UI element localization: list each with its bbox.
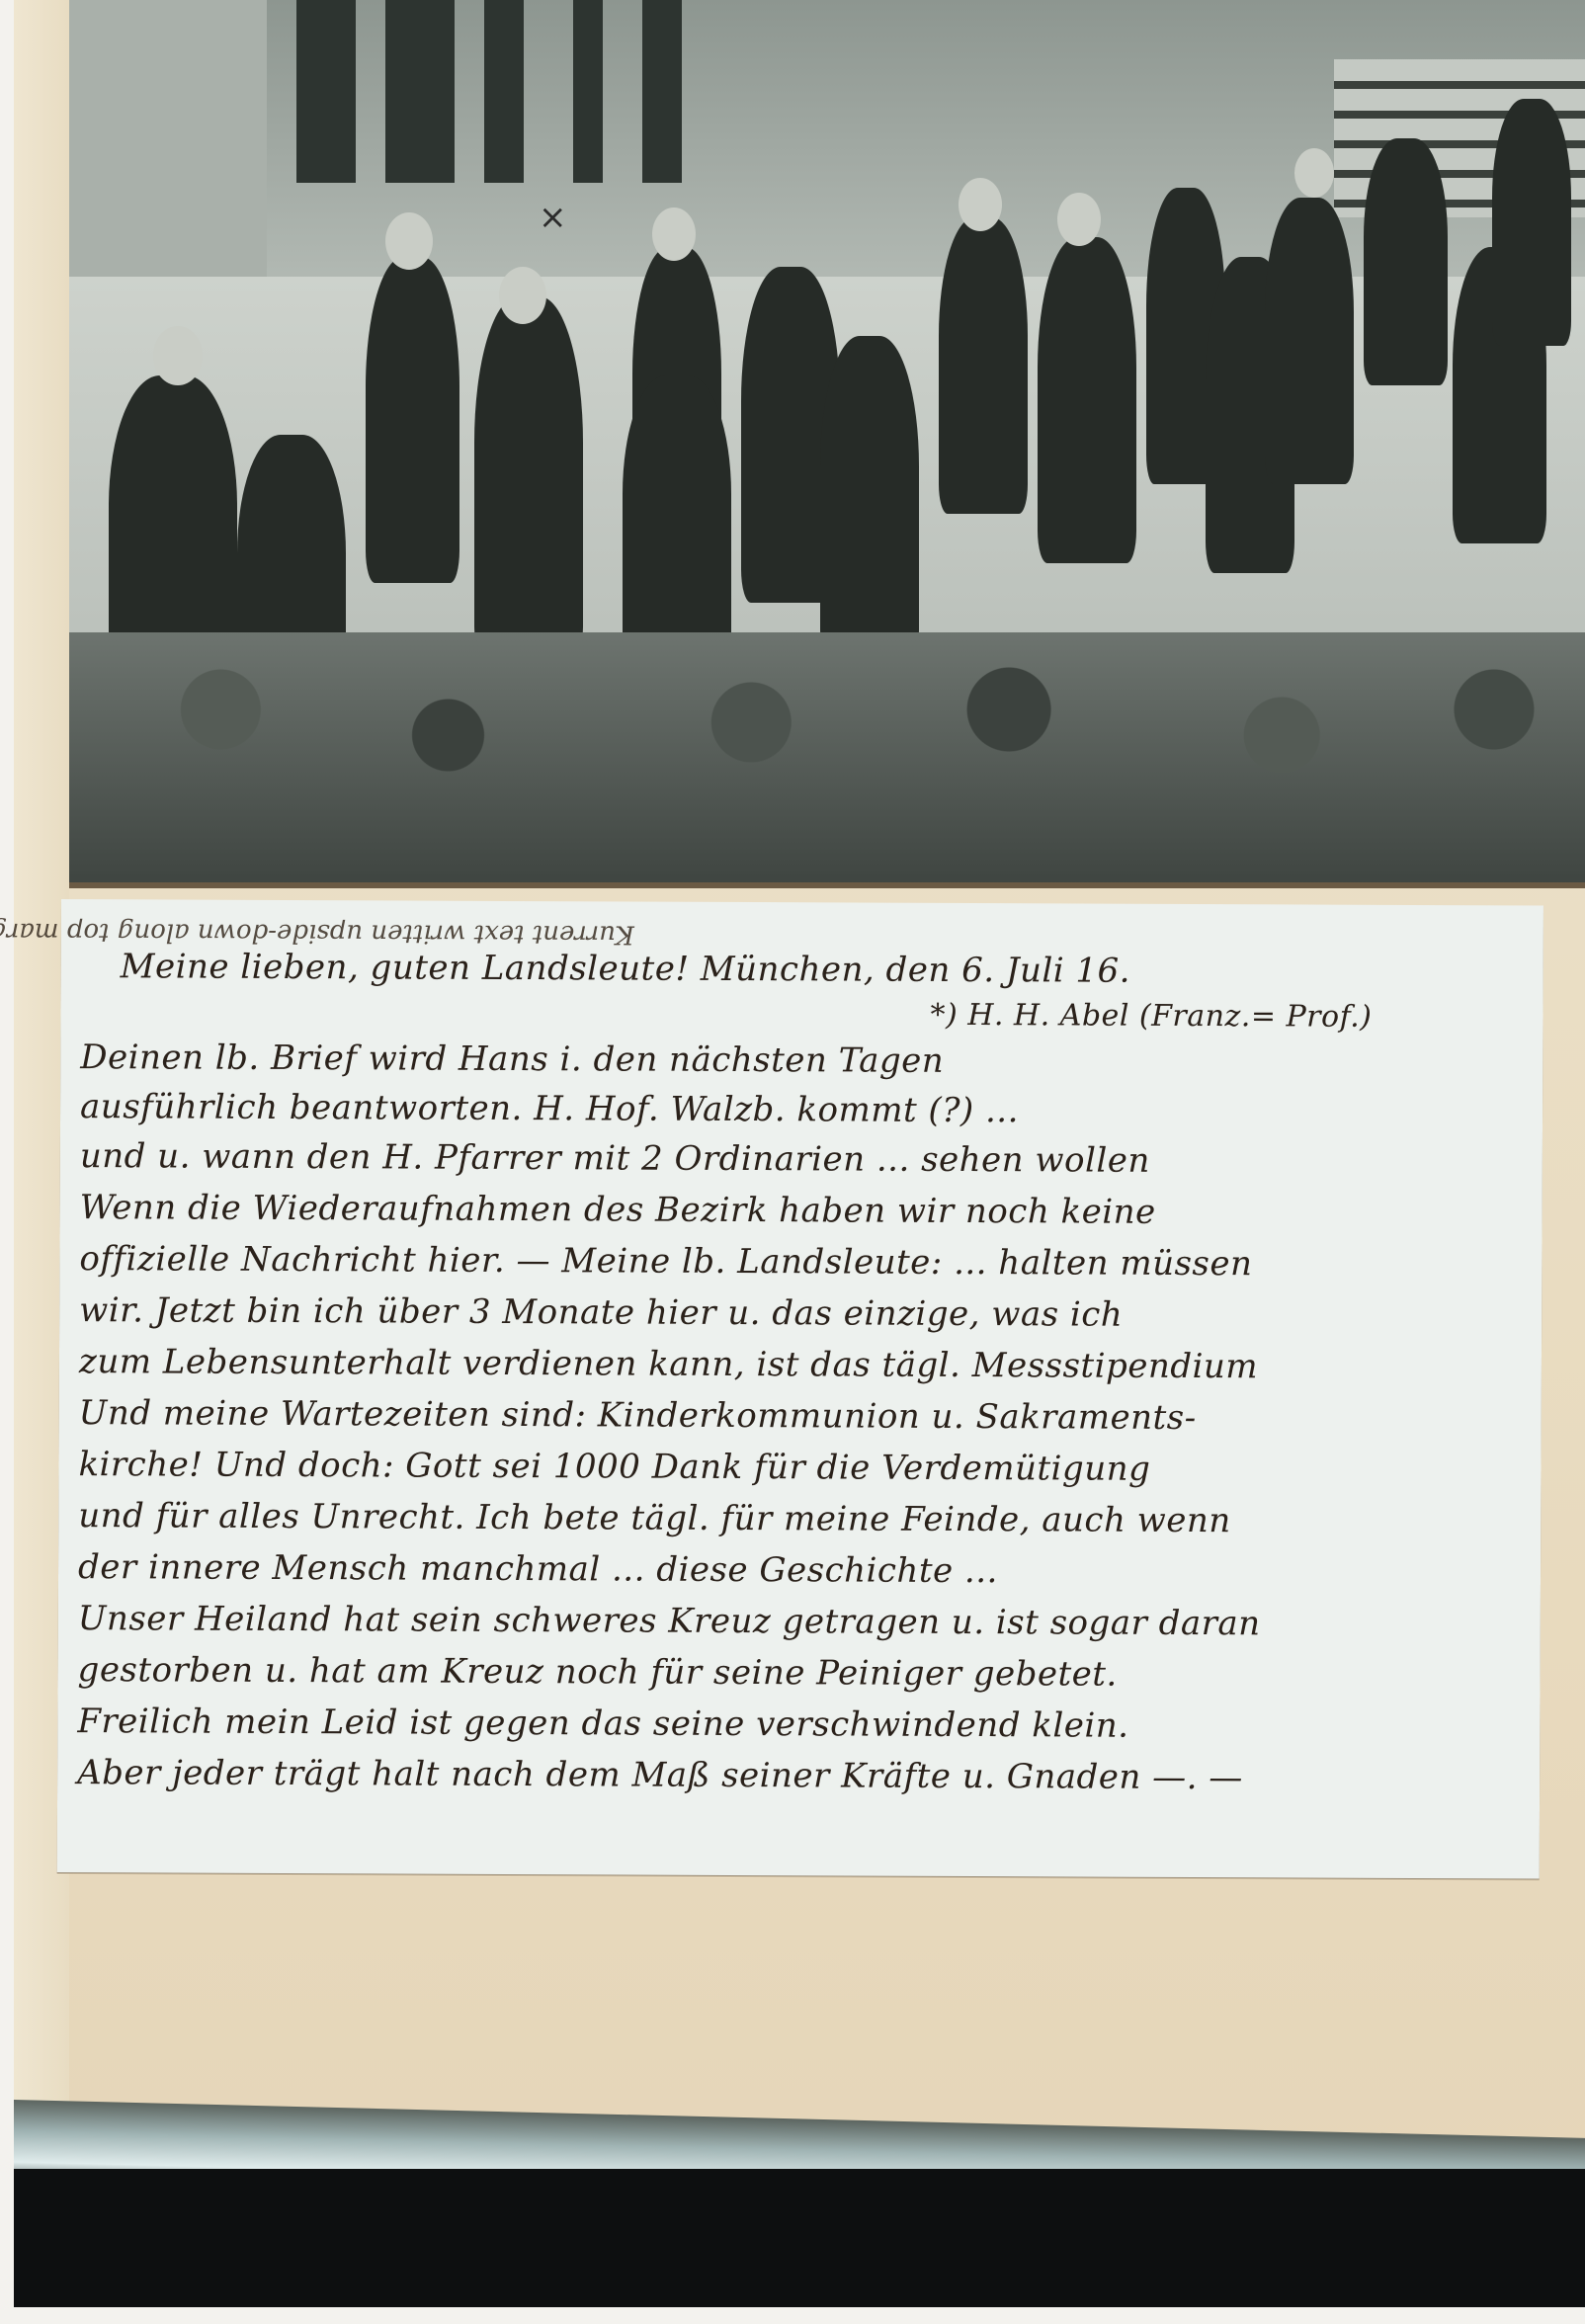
photo-pillar <box>385 0 455 183</box>
dark-table-surface <box>14 2169 1585 2307</box>
photo-head <box>1294 148 1334 198</box>
letter-line: der innere Mensch manchmal ... diese Ges… <box>78 1547 998 1591</box>
photo-figure <box>1492 99 1571 346</box>
photo-pillar <box>573 0 603 183</box>
photo-figure <box>474 296 583 662</box>
photo-figure <box>1038 237 1136 563</box>
annotation-x-mark: × <box>539 198 567 237</box>
letter-line: wir. Jetzt bin ich über 3 Monate hier u.… <box>79 1290 1123 1335</box>
photo-head <box>1057 193 1101 246</box>
letter-line: zum Lebensunterhalt verdienen kann, ist … <box>79 1342 1258 1386</box>
letter-line: Aber jeder trägt halt nach dem Maß seine… <box>77 1753 1243 1797</box>
photo-head <box>652 207 696 261</box>
letter-line: Wenn die Wiederaufnahmen des Bezirk habe… <box>80 1188 1156 1232</box>
photo-building-wall <box>69 0 267 277</box>
handwritten-letter: Kurrent text written upside-down along t… <box>57 899 1543 1879</box>
letter-line: kirche! Und doch: Gott sei 1000 Dank für… <box>78 1445 1150 1489</box>
photo-head <box>499 267 546 324</box>
photo-pillar <box>484 0 524 183</box>
photo-crowd <box>69 632 1585 888</box>
photo-pillar <box>642 0 682 183</box>
letter-line: Freilich mein Leid ist gegen das seine v… <box>77 1701 1128 1746</box>
photo-figure <box>366 257 459 583</box>
photo-head <box>153 326 203 385</box>
photo-figure <box>939 217 1028 514</box>
photo-figure <box>1364 138 1448 385</box>
photo-head <box>959 178 1002 231</box>
procession-photograph: × <box>69 0 1585 888</box>
letter-line: und u. wann den H. Pfarrer mit 2 Ordinar… <box>80 1136 1150 1181</box>
letter-inverted-header: Kurrent text written upside-down along t… <box>81 917 634 949</box>
photo-pillar <box>296 0 356 183</box>
photo-figure <box>623 375 731 672</box>
letter-line: Deinen lb. Brief wird Hans i. den nächst… <box>80 1037 944 1081</box>
photo-figure <box>820 336 919 662</box>
letter-line: und für alles Unrecht. Ich bete tägl. fü… <box>78 1496 1231 1540</box>
letter-line: ausführlich beantworten. H. Hof. Walzb. … <box>80 1087 1019 1130</box>
photo-head <box>385 212 433 270</box>
letter-footnote-line: *) H. H. Abel (Franz.= Prof.) <box>930 998 1372 1035</box>
letter-line: gestorben u. hat am Kreuz noch für seine… <box>78 1650 1118 1695</box>
photo-figure <box>1265 198 1354 484</box>
letter-line: Unser Heiland hat sein schweres Kreuz ge… <box>78 1599 1261 1643</box>
letter-line: offizielle Nachricht hier. — Meine lb. L… <box>79 1239 1252 1284</box>
letter-salutation-line: Meine lieben, guten Landsleute! München,… <box>121 947 1131 990</box>
letter-line: Und meine Wartezeiten sind: Kinderkommun… <box>79 1393 1197 1438</box>
